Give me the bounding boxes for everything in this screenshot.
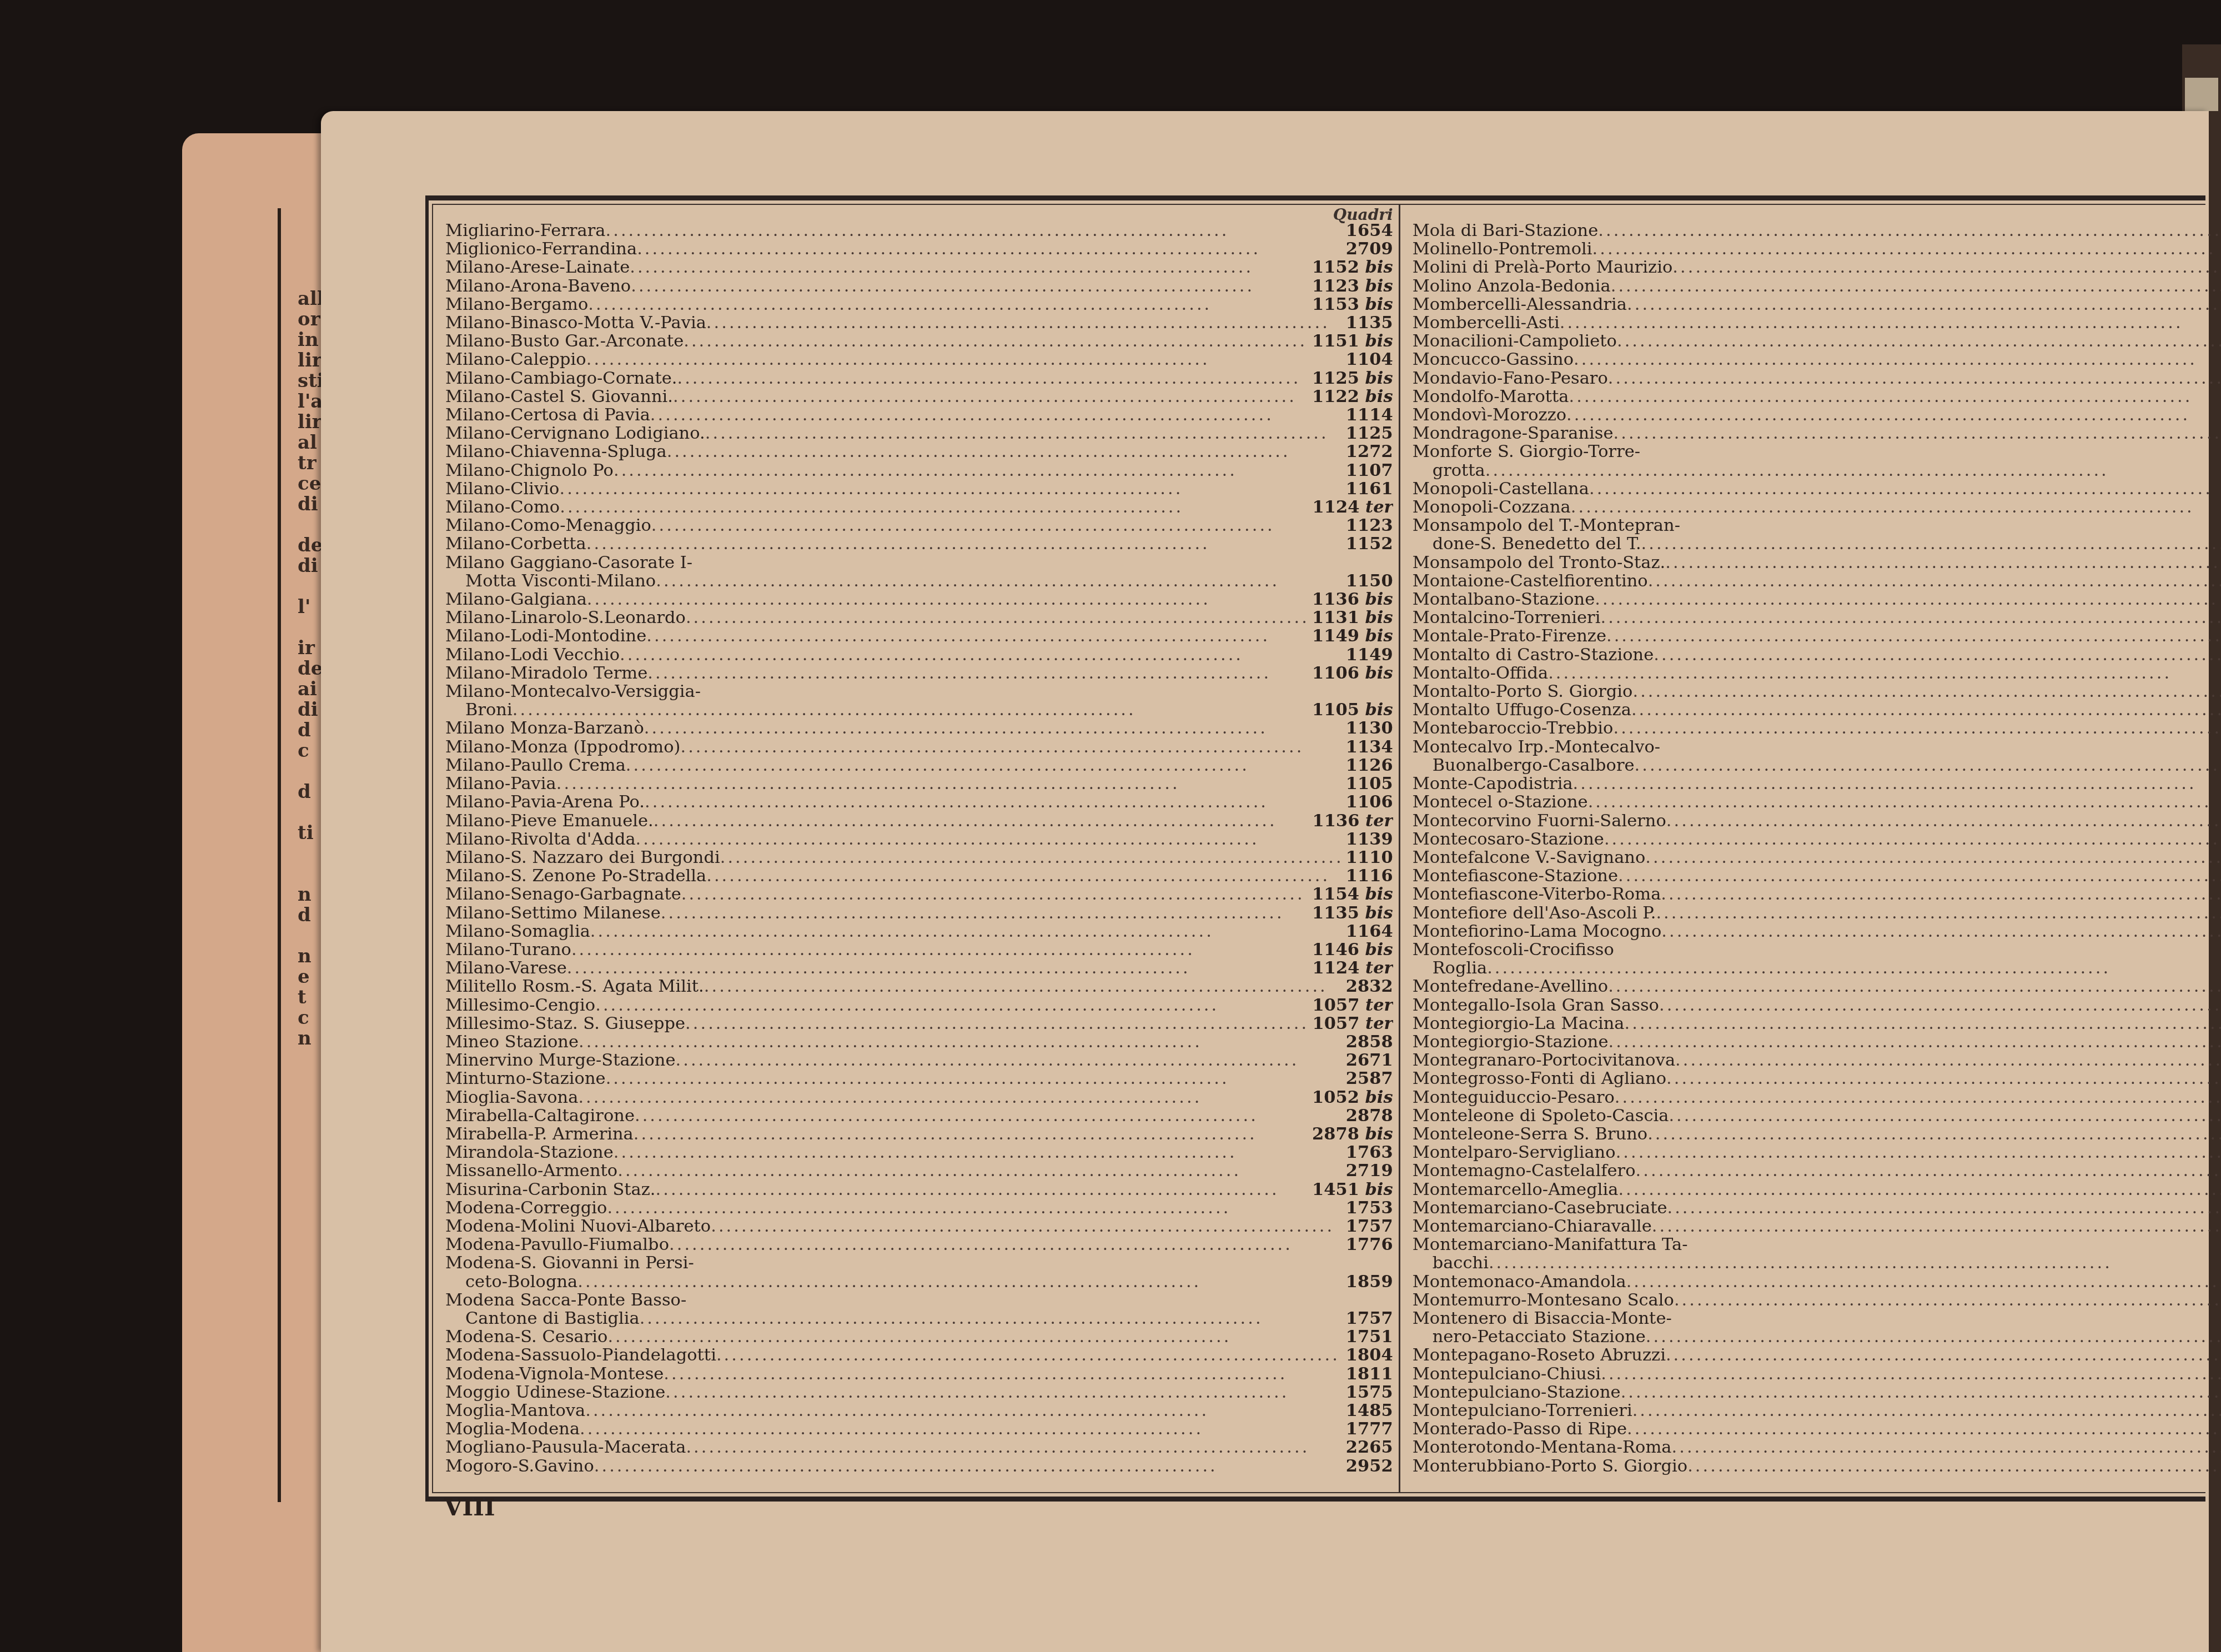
dot-leader [636,830,1344,848]
index-entry: Mola di Bari-Stazione2649 bis [1413,222,2221,240]
table-number: 1104 [1344,350,1393,369]
index-entry: Milano-Pieve Emanuele.1136 ter [445,812,1393,830]
station-route-name: Modena Sacca-Ponte Basso- [445,1291,686,1309]
index-entry: Modena-Sassuolo-Piandelagotti1804 [445,1346,1393,1364]
dot-leader [1645,848,2221,867]
station-route-name: Moggio Udinese-Stazione [445,1383,665,1402]
station-route-name: Montepulciano-Stazione [1413,1383,1621,1402]
station-route-name: Montalto di Castro-Stazione [1413,646,1654,664]
station-route-name: Montalto-Porto S. Giorgio [1413,682,1633,701]
dot-leader [650,406,1344,424]
table-number: 1757 [1344,1309,1393,1328]
index-entry: Montemarciano-Casebruciate2218 [1413,1199,2221,1217]
index-entry: Mirabella-P. Armerina2878 bis [445,1125,1393,1143]
index-entry: Modena-S. Giovanni in Persi- [445,1254,1393,1272]
index-entry: Milano-Castel S. Giovanni.1122 bis [445,388,1393,406]
station-route-name: Modena-Molini Nuovi-Albareto [445,1217,711,1236]
station-route-name: Montelparo-Servigliano [1413,1143,1616,1162]
dot-leader [1573,775,2221,793]
index-entry: Mondragone-Sparanise2570 [1413,424,2221,443]
dot-leader [669,1236,1344,1254]
dot-leader [1666,812,2221,830]
table-number: 1125 [1344,424,1393,443]
index-entry: Mioglia-Savona1052 bis [445,1088,1393,1107]
station-route-name: Mondragone-Sparanise [1413,424,1614,443]
index-entry: Mirandola-Stazione1763 [445,1143,1393,1162]
station-route-name: Montecalvo Irp.-Montecalvo- [1413,738,1660,756]
index-entry: Monte-Capodistria1625 [1413,775,2221,793]
dot-leader [1647,1125,2221,1143]
station-route-name: Monforte S. Giorgio-Torre- [1413,443,1640,461]
dot-leader [1571,498,2221,516]
station-route-name: Montemurro-Montesano Scalo [1413,1291,1674,1309]
index-entry: Montefiore dell'Aso-Ascoli P.2332 [1413,904,2221,922]
index-entry: Milano-Como-Menaggio1123 [445,516,1393,535]
index-entry: Milano-Senago-Garbagnate1154 bis [445,885,1393,903]
table-number: 1777 [1344,1420,1393,1438]
dot-leader [1618,867,2221,885]
dot-leader [1618,1181,2221,1199]
station-route-name: Monacilioni-Campolieto [1413,332,1617,350]
index-entry: grotta2835 bis [1413,461,2221,480]
table-number: 2265 [1344,1438,1393,1457]
station-route-name: Milano-Certosa di Pavia [445,406,650,424]
station-route-name: Monsampolo del Tronto-Staz. [1413,554,1666,572]
table-number-suffix: ter [1359,996,1393,1015]
dot-leader [1625,1015,2221,1033]
table-number: 1122 bis [1310,388,1393,406]
station-route-name: Milano-Clivio [445,480,559,498]
index-entry: Milano-Clivio1161 [445,480,1393,498]
index-entry: Cantone di Bastiglia1757 [445,1309,1393,1328]
dot-leader [594,1457,1344,1475]
station-route-name: Mombercelli-Asti [1413,314,1560,332]
dot-leader [640,1309,1344,1328]
index-entry: Milano-Miradolo Terme1106 bis [445,664,1393,682]
column-header-quadri: Quadri [445,208,1393,222]
dot-leader [1589,480,2221,498]
index-entry: Monteleone di Spoleto-Cascia2141 bis [1413,1107,2221,1125]
station-route-name: Montegallo-Isola Gran Sasso [1413,996,1659,1015]
table-number-suffix: bis [1359,1088,1393,1107]
dot-leader [635,1107,1344,1125]
station-route-name: nero-Petacciato Stazione [1433,1328,1646,1346]
index-entry: Milano-Somaglia1164 [445,922,1393,941]
index-entry: Montefiascone-Stazione2351 [1413,867,2221,885]
station-route-name: Mirandola-Stazione [445,1143,614,1162]
table-number: 1272 [1344,443,1393,461]
station-route-name: Modena-Pavullo-Fiumalbo [445,1236,669,1254]
table-number: 1161 [1344,480,1393,498]
station-route-name: Milano-Busto Gar.-Arconate [445,332,684,350]
index-entry: Molino Anzola-Bedonia1708 [1413,277,2221,295]
table-number: 1151 bis [1310,332,1393,350]
index-entry: Milano-Arese-Lainate1152 bis [445,258,1393,277]
dot-leader [1592,240,2221,258]
station-route-name: Milano-Paullo Crema [445,756,626,775]
index-entry: Monsampolo del T.-Montepran- [1413,516,2221,535]
station-route-name: Milano-Somaglia [445,922,590,941]
dot-leader [1614,424,2221,443]
station-route-name: Buonalbergo-Casalbore [1433,756,1635,775]
table-number: 1164 [1344,922,1393,941]
index-entry: Moglia-Modena1777 [445,1420,1393,1438]
table-number: 1751 [1344,1328,1393,1346]
station-route-name: Milano-Binasco-Motta V.-Pavia [445,314,706,332]
station-route-name: Montemarciano-Chiaravalle [1413,1217,1652,1236]
station-route-name: Milano-Bergamo [445,295,588,314]
table-number: 2952 [1344,1457,1393,1475]
dot-leader [1588,793,2221,811]
table-number: 1136 ter [1310,812,1393,830]
index-entry: Milano-Corbetta1152 [445,535,1393,553]
station-route-name: Motta Visconti-Milano [465,572,656,590]
station-route-name: Milano-Como [445,498,560,516]
table-number: 2878 bis [1310,1125,1393,1143]
station-route-name: bacchi [1433,1254,1489,1272]
table-number: 1123 bis [1310,277,1393,295]
index-entry: Montemurro-Montesano Scalo2722 [1413,1291,2221,1309]
table-number: 1130 [1344,719,1393,737]
index-entry: Missanello-Armento2719 [445,1162,1393,1180]
dot-leader [664,1365,1343,1383]
dot-leader [1608,369,2221,388]
station-route-name: Montemarcello-Ameglia [1413,1181,1619,1199]
index-entry: Montale-Prato-Firenze1927 [1413,627,2221,645]
station-route-name: Montalto-Offida [1413,664,1549,682]
index-entry: Milano-Certosa di Pavia1114 [445,406,1393,424]
dot-leader [620,646,1344,664]
index-entry: Migliarino-Ferrara1654 [445,222,1393,240]
dot-leader [1627,295,2221,314]
index-entry: Montegallo-Isola Gran Sasso2336 [1413,996,2221,1015]
index-entry: Montelparo-Servigliano2310 [1413,1143,2221,1162]
index-entry: Milano-Lodi Vecchio1149 [445,646,1393,664]
dot-leader [1632,1402,2221,1420]
dot-leader [1615,1088,2221,1107]
index-entry: Montefalcone V.-Savignano2630 bis [1413,848,2221,867]
dot-leader [556,775,1344,793]
book-spine-edge [2185,78,2218,111]
station-route-name: Monterubbiano-Porto S. Giorgio [1413,1457,1688,1475]
station-route-name: Milano-Monza (Ippodromo) [445,738,680,756]
dot-leader [1648,572,2221,590]
dot-leader [578,1088,1310,1107]
dot-leader [1675,1051,2221,1069]
dot-leader [1613,719,2221,737]
index-entry: Montemarciano-Manifattura Ta- [1413,1236,2221,1254]
station-route-name: Missanello-Armento [445,1162,617,1180]
index-entry: Buonalbergo-Casalbore2626 [1413,756,2221,775]
station-route-name: Mogoro-S.Gavino [445,1457,594,1475]
station-route-name: Cantone di Bastiglia [465,1309,640,1328]
dot-leader [614,461,1344,480]
station-route-name: Montebaroccio-Trebbio [1413,719,1614,737]
index-entry: Montaione-Castelfiorentino2054 [1413,572,2221,590]
dot-leader [577,1273,1343,1291]
dot-leader [1548,664,2221,682]
table-number-suffix: bis [1359,1181,1393,1199]
index-entry: Montegiorgio-La Macina2301 [1413,1015,2221,1033]
station-route-name: Moglia-Mantova [445,1402,585,1420]
table-number: 1125 bis [1310,369,1393,388]
station-route-name: Milano-Arese-Lainate [445,258,630,277]
dot-leader [1666,1069,2221,1088]
dot-leader [1600,609,2221,627]
dot-leader [567,959,1310,977]
index-entry: Broni1105 bis [445,701,1393,719]
table-number: 1150 [1344,572,1393,590]
dot-leader [720,848,1344,867]
table-number: 1152 [1344,535,1393,553]
table-number: 1123 [1344,516,1393,535]
station-route-name: Moglia-Modena [445,1420,580,1438]
table-number-suffix: bis [1359,369,1393,388]
table-number: 1763 [1344,1143,1393,1162]
index-entry: Montalto di Castro-Stazione2379 [1413,646,2221,664]
station-route-name: Milano-S. Nazzaro dei Burgondi [445,848,720,867]
table-number: 1126 [1344,756,1393,775]
index-entry: Monopoli-Castellana2673 [1413,480,2221,498]
station-route-name: Milano-Linarolo-S.Leonardo [445,609,686,627]
station-route-name: Milano-Pavia-Arena Po. [445,793,645,811]
table-number-suffix: bis [1359,609,1393,627]
dot-leader [1489,1254,2221,1272]
index-entry: Montebaroccio-Trebbio2194 [1413,719,2221,737]
index-entry: Mondavio-Fano-Pesaro2195 [1413,369,2221,388]
index-entry: Milano-Binasco-Motta V.-Pavia1135 [445,314,1393,332]
dot-leader [1656,904,2221,922]
dot-leader [1669,1107,2221,1125]
index-entry: Montecel o-Stazione2416 [1413,793,2221,811]
table-number: 1146 bis [1310,941,1393,959]
dot-leader [676,1051,1344,1069]
index-entry: Milano-Varese1124 ter [445,959,1393,977]
dot-leader [716,1346,1344,1364]
dot-leader [1487,959,2221,977]
station-route-name: Minturno-Stazione [445,1069,606,1088]
station-route-name: Montemarciano-Manifattura Ta- [1413,1236,1688,1254]
dot-leader [667,443,1344,461]
station-route-name: Montefalcone V.-Savignano [1413,848,1646,867]
station-route-name: Milano Monza-Barzanò [445,719,644,737]
table-number: 1057 ter [1310,996,1393,1015]
station-route-name: Monte-Capodistria [1413,775,1573,793]
dot-leader [1635,756,2221,775]
table-number-suffix: bis [1359,904,1393,922]
dot-leader [634,1125,1310,1143]
index-entry: Mineo Stazione2858 [445,1033,1393,1051]
table-number: 1753 [1344,1199,1393,1217]
station-route-name: Milano-Lodi Vecchio [445,646,620,664]
dot-leader [1606,627,2221,645]
index-columns: QuadriMigliarino-Ferrara1654Miglionico-F… [432,204,2205,1493]
table-number-suffix: ter [1359,959,1393,977]
index-entry: Mombercelli-Alessandria1029 bis [1413,295,2221,314]
table-number-suffix: bis [1359,885,1393,903]
table-number-suffix: bis [1359,664,1393,682]
dot-leader [1652,1217,2221,1236]
index-entry: Milano-Linarolo-S.Leonardo1131 bis [445,609,1393,627]
station-route-name: Millesimo-Cengio [445,996,595,1015]
station-route-name: Mondolfo-Marotta [1413,388,1569,406]
station-route-name: Molini di Prelà-Porto Maurizio [1413,258,1673,277]
dot-leader [661,904,1310,922]
index-entry: Montalto Uffugo-Cosenza2763 [1413,701,2221,719]
index-column-2: QuadriMola di Bari-Stazione2649 bisMolin… [1400,205,2221,1492]
dot-leader [705,424,1344,443]
index-entry: Modena-Molini Nuovi-Albareto1757 [445,1217,1393,1236]
dot-leader [579,1033,1344,1051]
index-entry: Milano-Cambiago-Cornate.1125 bis [445,369,1393,388]
table-number: 2671 [1344,1051,1393,1069]
index-entry: Montemagno-Castelalfero1031 [1413,1162,2221,1180]
table-number-suffix: bis [1359,295,1393,314]
dot-leader [647,664,1310,682]
index-entry: Montepulciano-Stazione1970 [1413,1383,2221,1402]
station-route-name: Modena-Vignola-Montese [445,1365,664,1383]
station-route-name: Monterotondo-Mentana-Roma [1413,1438,1672,1457]
table-number: 1575 [1344,1383,1393,1402]
index-entry: Montalto-Offida2324 [1413,664,2221,682]
dot-leader [590,922,1344,941]
index-entry: Milano-S. Nazzaro dei Burgondi1110 [445,848,1393,867]
index-entry: Milano-Lodi-Montodine1149 bis [445,627,1393,645]
dot-leader [614,1143,1344,1162]
table-number-suffix: ter [1359,1015,1393,1033]
table-number: 1116 [1344,867,1393,885]
index-entry: Montalcino-Torrenieri1981 bis [1413,609,2221,627]
dot-leader [607,1328,1343,1346]
dot-leader [646,627,1310,645]
station-route-name: Molinello-Pontremoli [1413,240,1592,258]
station-route-name: Montecel o-Stazione [1413,793,1588,811]
station-route-name: Modena-Sassuolo-Piandelagotti [445,1346,716,1364]
dot-leader [607,1199,1343,1217]
index-entry: Montefiascone-Viterbo-Roma2381 [1413,885,2221,903]
dot-leader [684,332,1310,350]
dot-leader [644,719,1344,737]
dot-leader [704,977,1344,996]
station-route-name: Montalbano-Stazione [1413,590,1595,609]
index-entry: Modena-S. Cesario1751 [445,1328,1393,1346]
station-route-name: Montegranaro-Portocivitanova [1413,1051,1675,1069]
index-entry: Monsampolo del Tronto-Staz.2306 bis [1413,554,2221,572]
dot-leader [1632,682,2221,701]
station-route-name: Mombercelli-Alessandria [1413,295,1627,314]
table-number: 1757 [1344,1217,1393,1236]
index-entry: Montefredane-Avellino2618 bis [1413,977,2221,996]
index-entry: Milano-Bergamo1153 bis [445,295,1393,314]
index-entry: Mondovì-Morozzo1019 bis [1413,406,2221,424]
index-entry: Mombercelli-Asti1030 [1413,314,2221,332]
table-number: 1105 bis [1310,701,1393,719]
index-entry: Millesimo-Staz. S. Giuseppe1057 ter [445,1015,1393,1033]
station-route-name: Moncucco-Gassino [1413,350,1574,369]
dot-leader [626,756,1344,775]
index-column-1: QuadriMigliarino-Ferrara1654Miglionico-F… [433,205,1400,1492]
table-number: 1154 bis [1310,885,1393,903]
index-entry: Moncucco-Gassino921 [1413,350,2221,369]
station-route-name: Milano-Miradolo Terme [445,664,647,682]
index-entry: Molini di Prelà-Porto Maurizio1053 [1413,258,2221,277]
station-route-name: Montefiorino-Lama Mocogno [1413,922,1662,941]
dot-leader [587,590,1310,609]
table-number: 1776 [1344,1236,1393,1254]
dot-leader [1626,1273,2221,1291]
index-entry: Milano-Pavia1105 [445,775,1393,793]
index-entry: done-S. Benedetto del T.2306 [1413,535,2221,553]
table-number: 1114 [1344,406,1393,424]
table-number: 1131 bis [1310,609,1393,627]
station-route-name: Milano-Caleppio [445,350,586,369]
station-route-name: Modena-S. Cesario [445,1328,607,1346]
table-number: 1057 ter [1310,1015,1393,1033]
station-route-name: Milano-Galgiana [445,590,587,609]
dot-leader [1569,388,2221,406]
table-number-suffix: bis [1359,941,1393,959]
column-header-quadri: Quadri [1413,208,2221,222]
station-route-name: Montefredane-Avellino [1413,977,1609,996]
station-route-name: Montepulciano-Chiusi [1413,1365,1601,1383]
dot-leader [586,350,1344,369]
table-number: 1811 [1344,1365,1393,1383]
index-entry: Milano-Como1124 ter [445,498,1393,516]
station-route-name: Milano-Rivolta d'Adda [445,830,636,848]
dot-leader [1611,277,2221,295]
station-route-name: Molino Anzola-Bedonia [1413,277,1611,295]
station-route-name: Milano-Pavia [445,775,556,793]
dot-leader [1646,1328,2221,1346]
table-number: 1106 bis [1310,664,1393,682]
station-route-name: Milano-Chiavenna-Spluga [445,443,667,461]
station-route-name: Montemagno-Castelalfero [1413,1162,1636,1180]
dot-leader [606,1069,1344,1088]
station-route-name: Mirabella-Caltagirone [445,1107,635,1125]
table-number: 1110 [1344,848,1393,867]
index-entry: Montecorvino Fuorni-Salerno2591 [1413,812,2221,830]
table-number: 1654 [1344,222,1393,240]
station-route-name: Milano-Cambiago-Cornate. [445,369,677,388]
table-number-suffix: bis [1359,388,1393,406]
dot-leader [631,277,1310,295]
table-number-suffix: bis [1359,258,1393,277]
table-number-suffix: bis [1359,701,1393,719]
table-number: 2878 [1344,1107,1393,1125]
index-entry: Monteguiduccio-Pesaro2193 [1413,1088,2221,1107]
station-route-name: Mioglia-Savona [445,1088,578,1107]
dot-leader [706,314,1344,332]
dot-leader [656,572,1344,590]
index-entry: Milano-Pavia-Arena Po.1106 [445,793,1393,811]
index-entry: Montepagano-Roseto Abruzzi2464 [1413,1346,2221,1364]
station-route-name: Montecosaro-Stazione [1413,830,1604,848]
dot-leader [1661,885,2221,903]
dot-leader [1674,1291,2221,1309]
station-route-name: Montecorvino Fuorni-Salerno [1413,812,1666,830]
index-entry: bacchi2215 bis e 2220 [1413,1254,2221,1272]
index-entry: Montemarciano-Chiaravalle2219 [1413,1217,2221,1236]
station-route-name: Montemonaco-Amandola [1413,1273,1626,1291]
station-route-name: Montalto Uffugo-Cosenza [1413,701,1631,719]
index-entry: Mondolfo-Marotta2206 [1413,388,2221,406]
dot-leader [1598,222,2221,240]
dot-leader [1609,1033,2221,1051]
station-route-name: Milano-Corbetta [445,535,586,553]
table-number: 1124 ter [1310,959,1393,977]
index-entry: Milano-Busto Gar.-Arconate1151 bis [445,332,1393,350]
dot-leader [630,258,1310,277]
